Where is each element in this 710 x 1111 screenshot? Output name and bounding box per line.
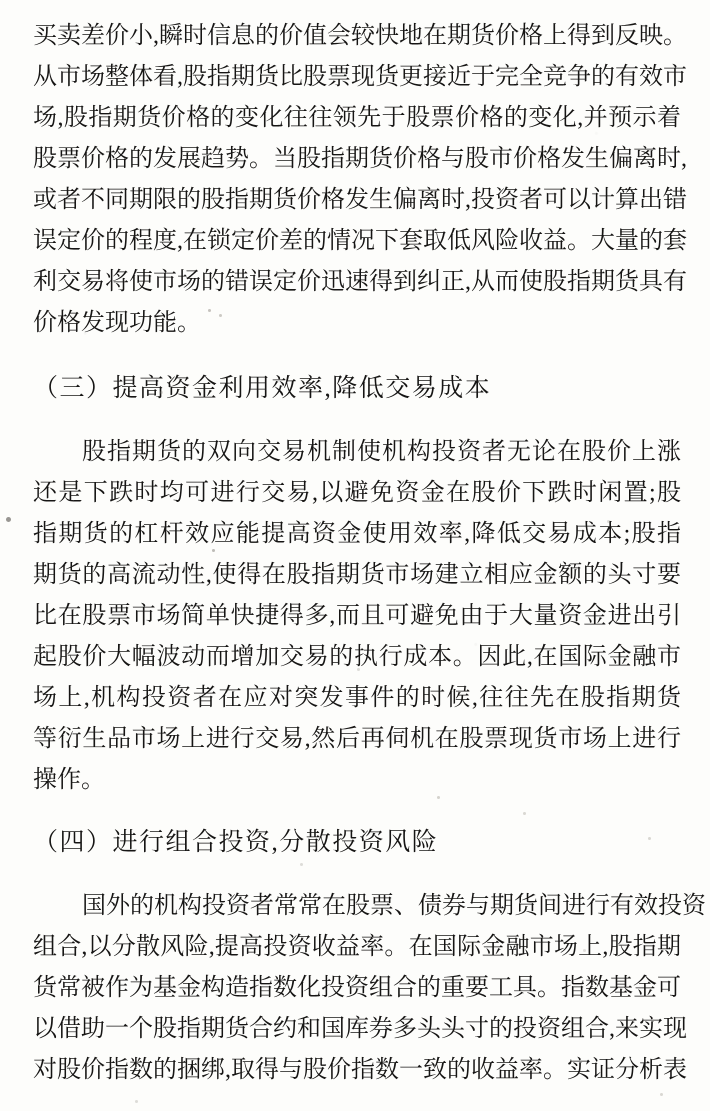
text-line: 比在股票市场简单快捷得多,而且可避免由于大量资金进出引 <box>33 596 681 637</box>
text-line: 或者不同期限的股指期货价格发生偏离时,投资者可以计算出错 <box>33 180 681 221</box>
text-line: 起股价大幅波动而增加交易的执行成本。因此,在国际金融市 <box>33 637 681 678</box>
text-line: 场,股指期货价格的变化往往领先于股票价格的变化,并预示着 <box>33 98 681 139</box>
scan-noise <box>0 0 3 3</box>
text-line: 以借助一个股指期货合约和国库券多头头寸的投资组合,来实现 <box>33 1009 681 1050</box>
text-line: 价格发现功能。 <box>33 303 681 344</box>
text-line: 场上,机构投资者在应对突发事件的时候,往往先在股指期货 <box>33 678 681 719</box>
text-line: 货常被作为基金构造指数化投资组合的重要工具。指数基金可 <box>33 968 681 1009</box>
text-line: 还是下跌时均可进行交易,以避免资金在股价下跌时闲置;股 <box>33 473 681 514</box>
text-line: 指期货的杠杆效应能提高资金使用效率,降低交易成本;股指 <box>33 514 681 555</box>
text-line: 组合,以分散风险,提高投资收益率。在国际金融市场上,股指期 <box>33 927 681 968</box>
text-line: 股指期货的双向交易机制使机构投资者无论在股价上涨 <box>33 432 681 473</box>
paragraph-price-discovery: 买卖差价小,瞬时信息的价值会较快地在期货价格上得到反映。 从市场整体看,股指期货… <box>33 16 681 344</box>
text-line: 操作。 <box>33 760 681 801</box>
paragraph-portfolio-diversification: 国外的机构投资者常常在股票、债券与期货间进行有效投资 组合,以分散风险,提高投资… <box>33 886 681 1091</box>
text-line: 对股价指数的捆绑,取得与股价指数一致的收益率。实证分析表 <box>33 1050 681 1091</box>
text-line: 买卖差价小,瞬时信息的价值会较快地在期货价格上得到反映。 <box>33 16 681 57</box>
text-line: 利交易将使市场的错误定价迅速得到纠正,从而使股指期货具有 <box>33 262 681 303</box>
text-line: 国外的机构投资者常常在股票、债券与期货间进行有效投资 <box>33 886 681 927</box>
section-heading-3: （三）提高资金利用效率,降低交易成本 <box>33 368 681 409</box>
text-line: 从市场整体看,股指期货比股票现货更接近于完全竞争的有效市 <box>33 57 681 98</box>
text-line: 等衍生品市场上进行交易,然后再伺机在股票现货市场上进行 <box>33 719 681 760</box>
text-line: 股票价格的发展趋势。当股指期货价格与股市价格发生偏离时, <box>33 139 681 180</box>
scanned-page: 买卖差价小,瞬时信息的价值会较快地在期货价格上得到反映。 从市场整体看,股指期货… <box>0 0 710 1111</box>
text-line: 误定价的程度,在锁定价差的情况下套取低风险收益。大量的套 <box>33 221 681 262</box>
paragraph-capital-efficiency: 股指期货的双向交易机制使机构投资者无论在股价上涨 还是下跌时均可进行交易,以避免… <box>33 432 681 801</box>
section-heading-4: （四）进行组合投资,分散投资风险 <box>33 822 681 863</box>
text-line: 期货的高流动性,使得在股指期货市场建立相应金额的头寸要 <box>33 555 681 596</box>
